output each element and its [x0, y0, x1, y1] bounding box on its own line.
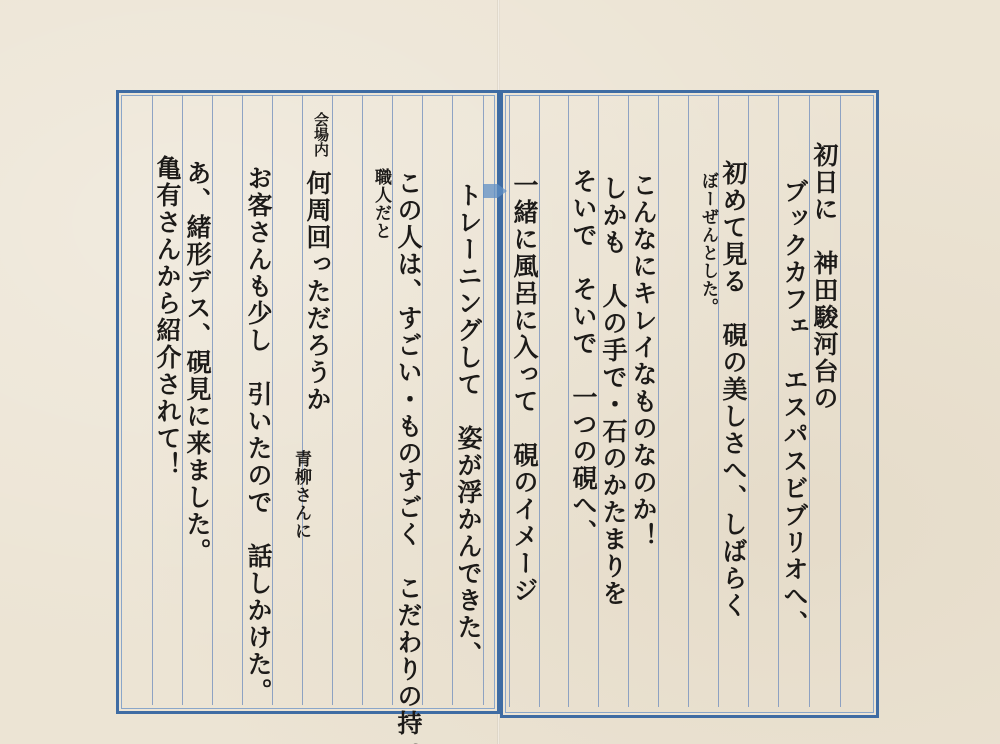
- rule-line: [840, 95, 841, 707]
- text-column: しかも 人の手で・石のかたまりを: [598, 175, 628, 615]
- rule-line: [212, 95, 213, 705]
- manuscript-paper: 初日に 神田駿河台の ブックカフェ エスパスビブリオへ、 初めて見る 硯の美しさ…: [0, 0, 1000, 744]
- text-column: この人は、すごい・ものすごく こだわりの持った: [393, 170, 423, 660]
- rule-line: [332, 95, 333, 705]
- rule-line: [658, 95, 659, 707]
- rule-line: [748, 95, 749, 707]
- text-column: 一緒に風呂に入って 硯のイメージ: [509, 172, 539, 612]
- text-column: お客さんも少し 引いたので 話しかけた。: [243, 165, 273, 635]
- text-column: 初日に 神田駿河台の: [809, 142, 839, 542]
- text-column: 職人だと: [366, 168, 396, 288]
- text-column: あ、緒形デス、硯見に来ました。: [182, 160, 212, 580]
- text-column: こんなにキレイなものなのか！: [628, 172, 658, 552]
- text-column: 亀有さんから紹介されて！: [152, 155, 182, 515]
- text-column: ブックカフェ エスパスビブリオへ、: [779, 178, 809, 598]
- text-column: トレーニングして 姿が浮かんできた、: [453, 182, 483, 622]
- rule-line: [688, 95, 689, 707]
- text-column: 青柳さんに: [286, 450, 316, 590]
- text-column: ぼーぜんとした。: [693, 172, 723, 352]
- rule-line: [539, 95, 540, 707]
- rule-line: [362, 95, 363, 705]
- text-column: そいで そいで 一つの硯へ、: [568, 168, 598, 548]
